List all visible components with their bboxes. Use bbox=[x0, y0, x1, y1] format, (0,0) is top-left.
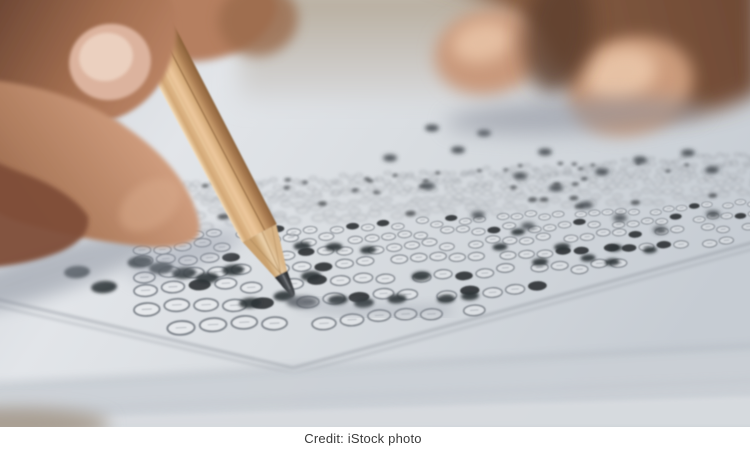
photo-canvas bbox=[0, 0, 750, 427]
stock-photo-figure: Credit: iStock photo bbox=[0, 0, 750, 450]
photo-credit-caption: Credit: iStock photo bbox=[0, 427, 738, 450]
exam-photo bbox=[0, 0, 750, 427]
